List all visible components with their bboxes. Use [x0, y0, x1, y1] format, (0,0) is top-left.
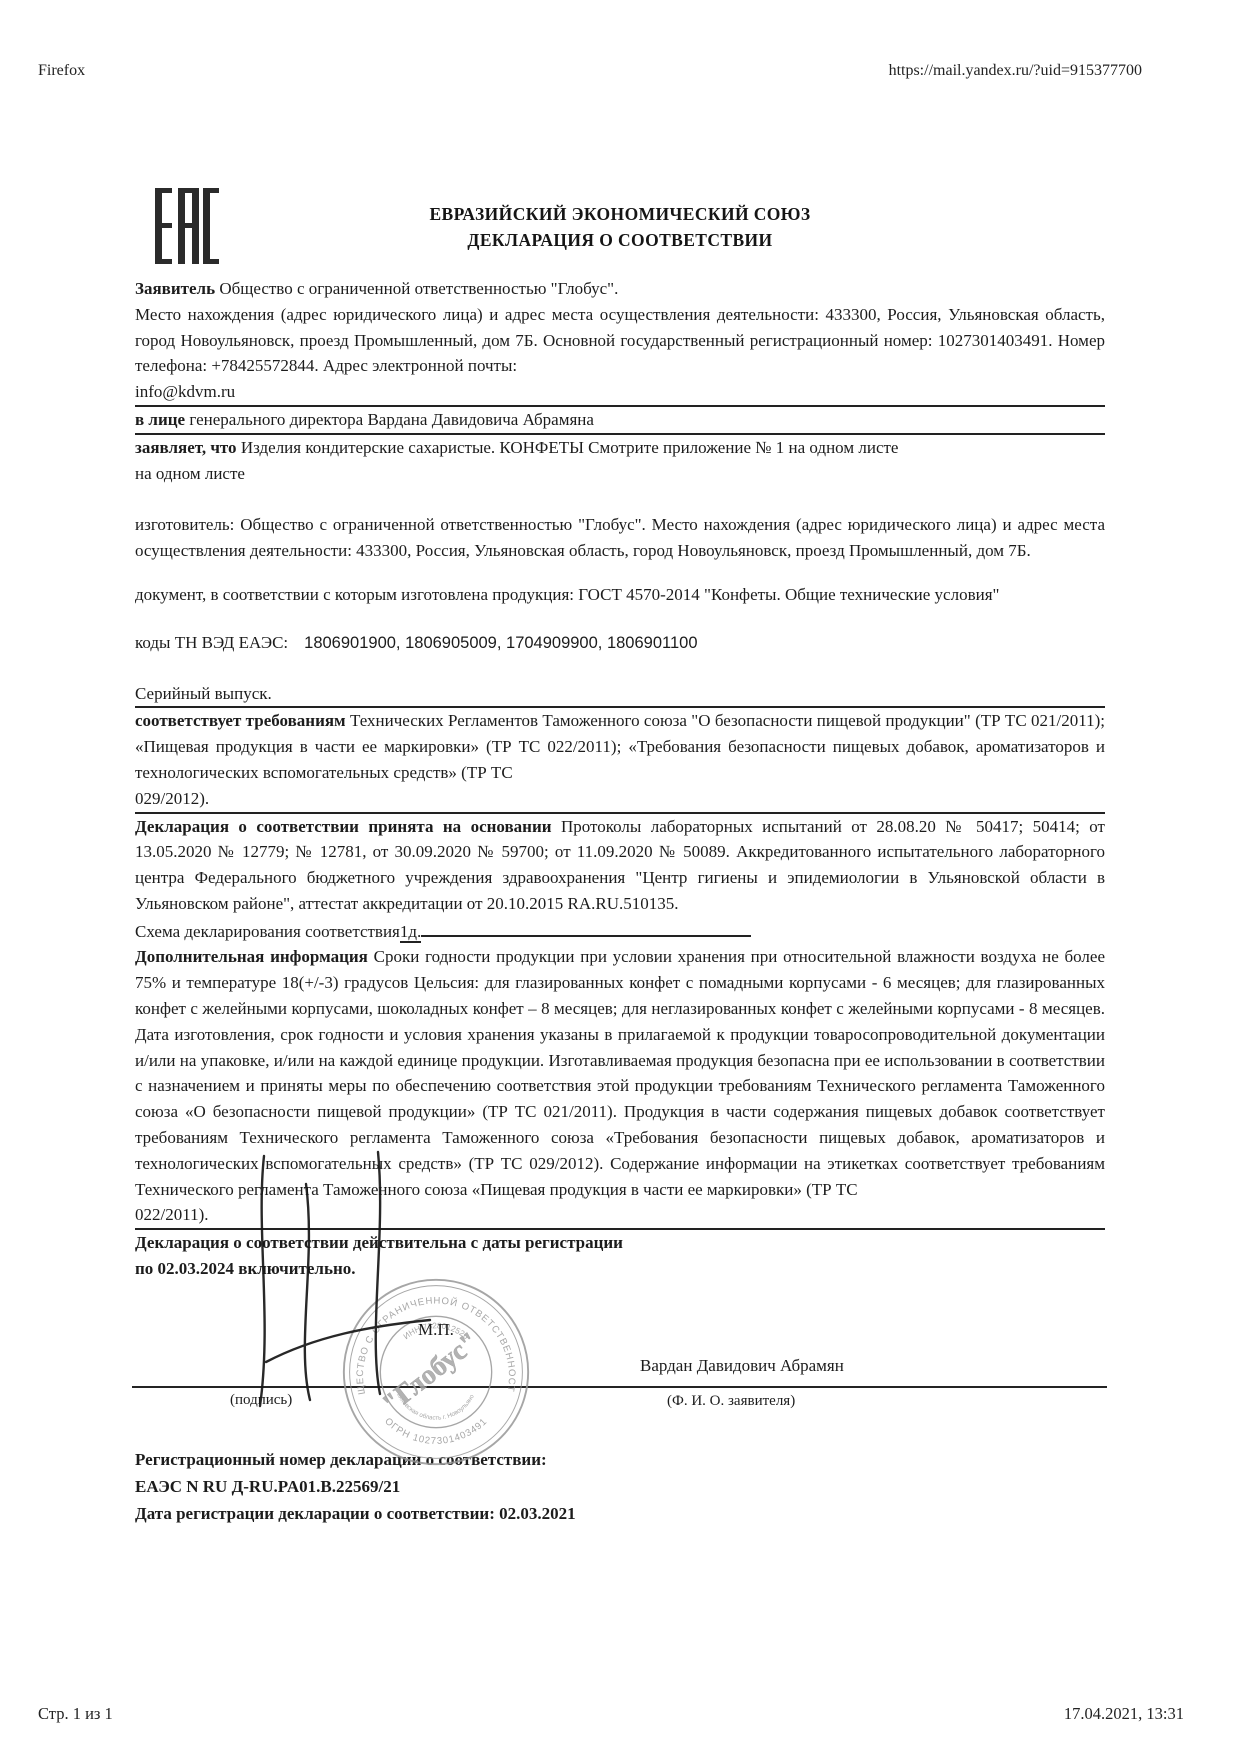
stamp-place-label: М.П.	[418, 1320, 454, 1340]
manufacturer-paragraph: изготовитель: Общество с ограниченной от…	[135, 512, 1105, 564]
validity-text-2: по 02.03.2024 включительно.	[135, 1259, 356, 1278]
scheme-value: 1д.	[400, 922, 421, 943]
document-header: ЕВРАЗИЙСКИЙ ЭКОНОМИЧЕСКИЙ СОЮЗ ДЕКЛАРАЦИ…	[135, 188, 1105, 276]
print-timestamp: 17.04.2021, 13:31	[1064, 1704, 1184, 1724]
additional-tail-line: 022/2011).	[135, 1202, 1105, 1230]
registration-date-line: Дата регистрации декларации о соответств…	[135, 1500, 1105, 1527]
tnved-codes-label: коды ТН ВЭД ЕАЭС:	[135, 633, 288, 652]
declaration-document: ЕВРАЗИЙСКИЙ ЭКОНОМИЧЕСКИЙ СОЮЗ ДЕКЛАРАЦИ…	[135, 188, 1105, 1527]
validity-line-1: Декларация о соответствии действительна …	[135, 1230, 1105, 1256]
declarant-name: Вардан Давидович Абрамян	[640, 1356, 844, 1376]
declares-continuation-text: на одном листе	[135, 464, 245, 483]
additional-info-text: Сроки годности продукции при условии хра…	[135, 947, 1105, 1198]
applicant-label: Заявитель	[135, 279, 215, 298]
conformity-tail-text: 029/2012).	[135, 789, 209, 808]
address-paragraph: Место нахождения (адрес юридического лиц…	[135, 302, 1105, 379]
product-document-text: документ, в соответствии с которым изгот…	[135, 585, 999, 604]
additional-info-paragraph: Дополнительная информация Сроки годности…	[135, 944, 1105, 1202]
print-header: Firefox https://mail.yandex.ru/?uid=9153…	[38, 62, 1142, 80]
additional-tail-text: 022/2011).	[135, 1205, 209, 1224]
in-person-label: в лице	[135, 410, 185, 429]
printed-document-page: Firefox https://mail.yandex.ru/?uid=9153…	[0, 0, 1240, 1754]
registration-number-value: ЕАЭС N RU Д-RU.PA01.B.22569/21	[135, 1473, 1105, 1500]
signature-caption: (подпись)	[230, 1392, 292, 1409]
in-person-line: в лице генерального директора Вардана Да…	[135, 407, 1105, 435]
signature-rule-line	[132, 1386, 1107, 1388]
address-text: Место нахождения (адрес юридического лиц…	[135, 305, 1105, 376]
serial-issue-text: Серийный выпуск.	[135, 684, 272, 703]
title-union: ЕВРАЗИЙСКИЙ ЭКОНОМИЧЕСКИЙ СОЮЗ	[135, 201, 1105, 227]
conformity-tail-line: 029/2012).	[135, 786, 1105, 814]
tnved-codes-line: коды ТН ВЭД ЕАЭС:1806901900, 1806905009,…	[135, 630, 1105, 657]
in-person-text: генерального директора Вардана Давидович…	[185, 410, 594, 429]
basis-label: Декларация о соответствии принята на осн…	[135, 817, 552, 836]
signature-area: ОБЩЕСТВО С ОГРАНИЧЕННОЙ ОТВЕТСТВЕННОСТЬЮ…	[135, 1290, 1105, 1440]
manufacturer-text: изготовитель: Общество с ограниченной от…	[135, 515, 1105, 560]
applicant-paragraph: Заявитель Общество с ограниченной ответс…	[135, 276, 1105, 302]
document-title: ЕВРАЗИЙСКИЙ ЭКОНОМИЧЕСКИЙ СОЮЗ ДЕКЛАРАЦИ…	[135, 201, 1105, 253]
title-declaration: ДЕКЛАРАЦИЯ О СООТВЕТСТВИИ	[135, 227, 1105, 253]
scheme-line: Схема декларирования соответствия1д.	[135, 917, 1105, 945]
company-round-stamp: ОБЩЕСТВО С ОГРАНИЧЕННОЙ ОТВЕТСТВЕННОСТЬЮ…	[340, 1276, 532, 1468]
serial-issue-line: Серийный выпуск.	[135, 681, 1105, 709]
conformity-paragraph: соответствует требованиям Технических Ре…	[135, 708, 1105, 785]
email-text: info@kdvm.ru	[135, 382, 235, 401]
registration-block: Регистрационный номер декларации о соотв…	[135, 1446, 1105, 1527]
print-footer: Стр. 1 из 1 17.04.2021, 13:31	[38, 1704, 1184, 1724]
applicant-text: Общество с ограниченной ответственностью…	[215, 279, 618, 298]
scheme-rule	[421, 917, 751, 937]
declares-text: Изделия кондитерские сахаристые. КОНФЕТЫ…	[237, 438, 899, 457]
declares-label: заявляет, что	[135, 438, 237, 457]
scheme-label: Схема декларирования соответствия	[135, 922, 400, 941]
registration-number-label: Регистрационный номер декларации о соотв…	[135, 1446, 1105, 1473]
email-line: info@kdvm.ru	[135, 379, 1105, 407]
browser-label: Firefox	[38, 62, 85, 80]
additional-info-label: Дополнительная информация	[135, 947, 368, 966]
declarant-caption: (Ф. И. О. заявителя)	[667, 1393, 795, 1410]
basis-paragraph: Декларация о соответствии принята на осн…	[135, 814, 1105, 917]
validity-line-2: по 02.03.2024 включительно.	[135, 1256, 1105, 1282]
conformity-label: соответствует требованиям	[135, 711, 346, 730]
product-document-paragraph: документ, в соответствии с которым изгот…	[135, 582, 1105, 608]
validity-text-1: Декларация о соответствии действительна …	[135, 1233, 623, 1252]
page-counter: Стр. 1 из 1	[38, 1704, 113, 1724]
tnved-codes-value: 1806901900, 1806905009, 1704909900, 1806…	[304, 634, 697, 652]
declares-line: заявляет, что Изделия кондитерские сахар…	[135, 435, 1105, 461]
declares-continuation-line: на одном листе	[135, 461, 1105, 487]
page-url: https://mail.yandex.ru/?uid=915377700	[889, 62, 1142, 80]
